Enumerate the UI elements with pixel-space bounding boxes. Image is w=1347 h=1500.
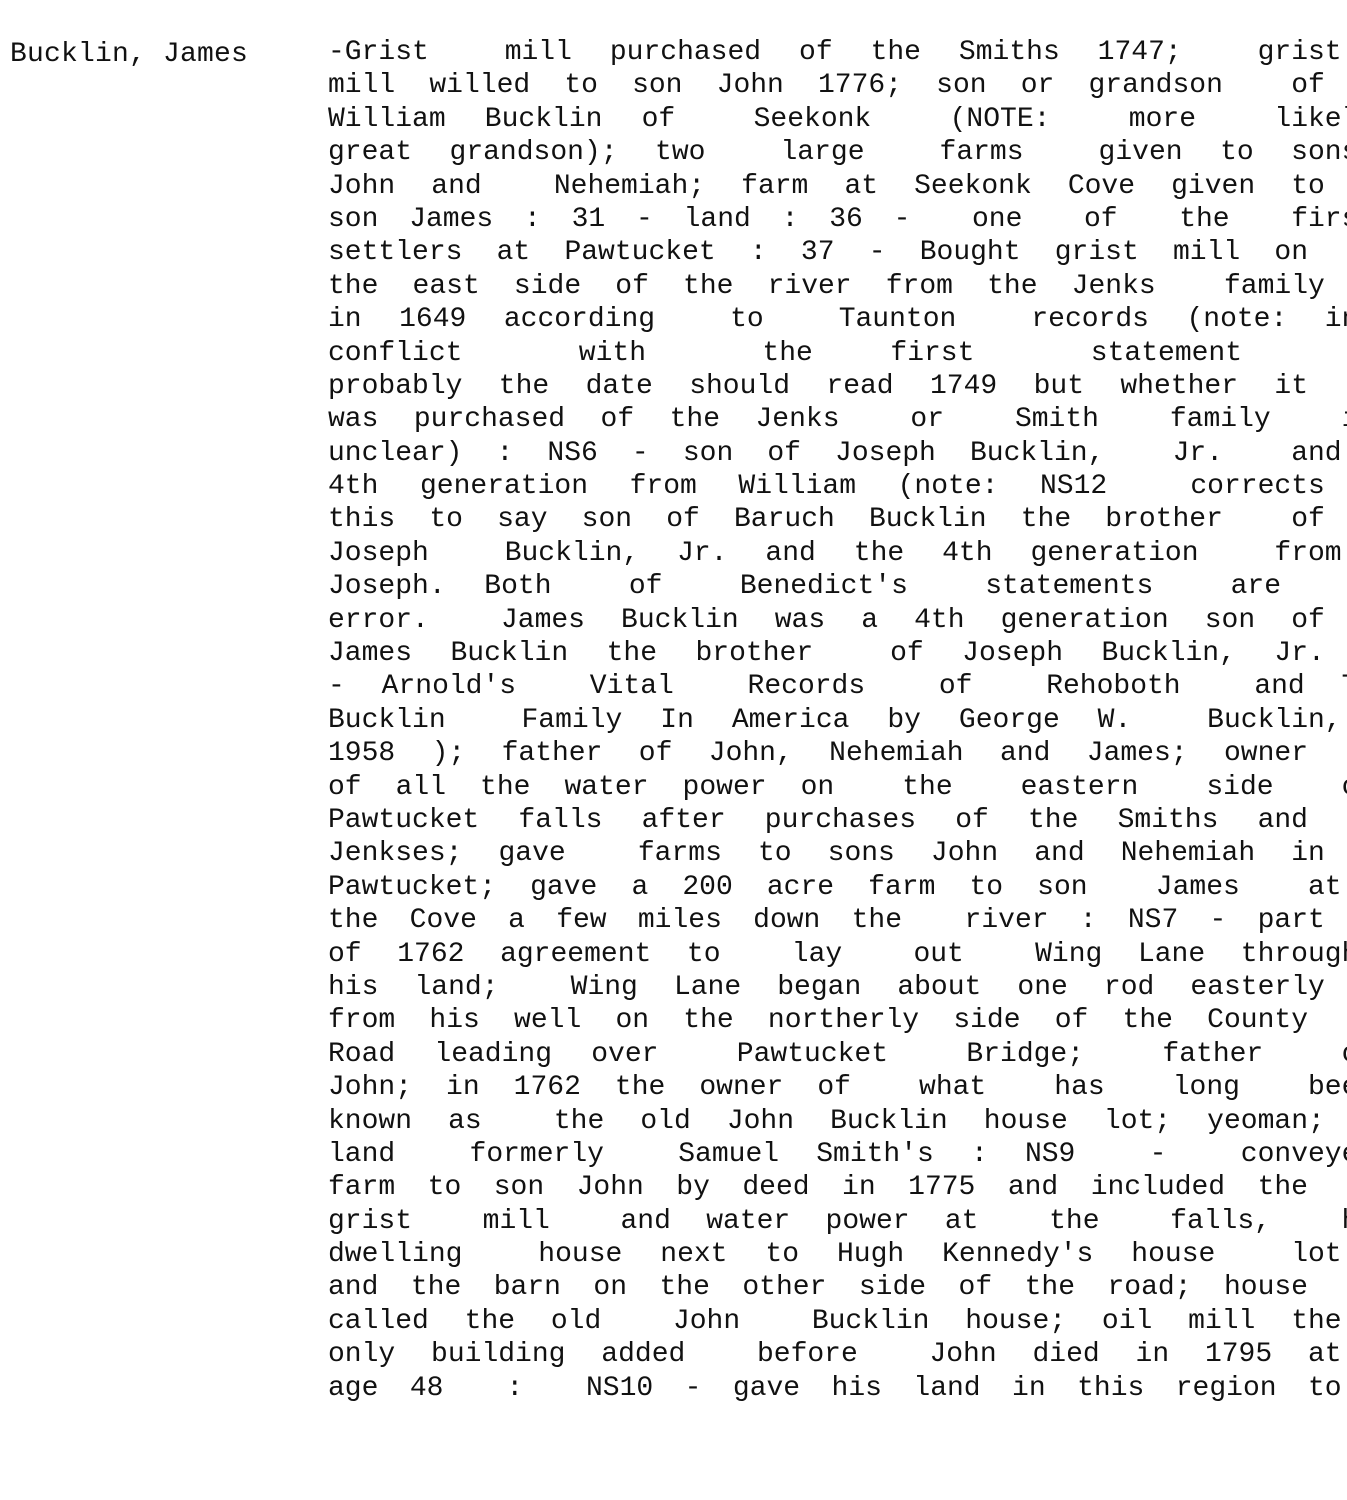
body-line: the Cove a few miles down the river : NS… — [328, 904, 1308, 937]
body-line: his land; Wing Lane began about one rod … — [328, 971, 1308, 1004]
body-line: in 1649 according to Taunton records (no… — [328, 303, 1308, 336]
body-line: James Bucklin the brother of Joseph Buck… — [328, 637, 1308, 670]
body-line: Joseph Bucklin, Jr. and the 4th generati… — [328, 537, 1308, 570]
entry-body: -Grist mill purchased of the Smiths 1747… — [328, 36, 1308, 1405]
body-line: only building added before John died in … — [328, 1338, 1308, 1371]
body-line: - Arnold's Vital Records of Rehoboth and… — [328, 670, 1308, 703]
body-line: called the old John Bucklin house; oil m… — [328, 1305, 1308, 1338]
body-line: was purchased of the Jenks or Smith fami… — [328, 403, 1308, 436]
body-line: Pawtucket; gave a 200 acre farm to son J… — [328, 871, 1308, 904]
document-page: Bucklin, James -Grist mill purchased of … — [0, 0, 1347, 1500]
body-line: great grandson); two large farms given t… — [328, 136, 1308, 169]
body-line: settlers at Pawtucket : 37 - Bought gris… — [328, 236, 1308, 269]
body-line: land formerly Samuel Smith's : NS9 - con… — [328, 1138, 1308, 1171]
body-line: age 48 : NS10 - gave his land in this re… — [328, 1372, 1308, 1405]
body-line: John and Nehemiah; farm at Seekonk Cove … — [328, 170, 1308, 203]
body-line: John; in 1762 the owner of what has long… — [328, 1071, 1308, 1104]
body-line: Pawtucket falls after purchases of the S… — [328, 804, 1308, 837]
body-line: known as the old John Bucklin house lot;… — [328, 1105, 1308, 1138]
body-line: and the barn on the other side of the ro… — [328, 1271, 1308, 1304]
body-line: Road leading over Pawtucket Bridge; fath… — [328, 1038, 1308, 1071]
entry-name: Bucklin, James — [10, 38, 248, 71]
body-line: -Grist mill purchased of the Smiths 1747… — [328, 36, 1308, 69]
body-line: 1958 ); father of John, Nehemiah and Jam… — [328, 737, 1308, 770]
body-line: unclear) : NS6 - son of Joseph Bucklin, … — [328, 437, 1308, 470]
body-line: grist mill and water power at the falls,… — [328, 1205, 1308, 1238]
body-line: mill willed to son John 1776; son or gra… — [328, 69, 1308, 102]
body-line: Bucklin Family In America by George W. B… — [328, 704, 1308, 737]
body-line: the east side of the river from the Jenk… — [328, 270, 1308, 303]
body-line: this to say son of Baruch Bucklin the br… — [328, 503, 1308, 536]
body-line: conflict with the first statement above. — [328, 337, 1308, 370]
body-line: 4th generation from William (note: NS12 … — [328, 470, 1308, 503]
body-line: of all the water power on the eastern si… — [328, 771, 1308, 804]
body-line: of 1762 agreement to lay out Wing Lane t… — [328, 938, 1308, 971]
body-line: error. James Bucklin was a 4th generatio… — [328, 604, 1308, 637]
body-line: Joseph. Both of Benedict's statements ar… — [328, 570, 1308, 603]
body-line: farm to son John by deed in 1775 and inc… — [328, 1171, 1308, 1204]
body-line: William Bucklin of Seekonk (NOTE: more l… — [328, 103, 1308, 136]
body-line: Jenkses; gave farms to sons John and Neh… — [328, 837, 1308, 870]
body-line: dwelling house next to Hugh Kennedy's ho… — [328, 1238, 1308, 1271]
body-line: from his well on the northerly side of t… — [328, 1004, 1308, 1037]
body-line: probably the date should read 1749 but w… — [328, 370, 1308, 403]
body-line: son James : 31 - land : 36 - one of the … — [328, 203, 1308, 236]
